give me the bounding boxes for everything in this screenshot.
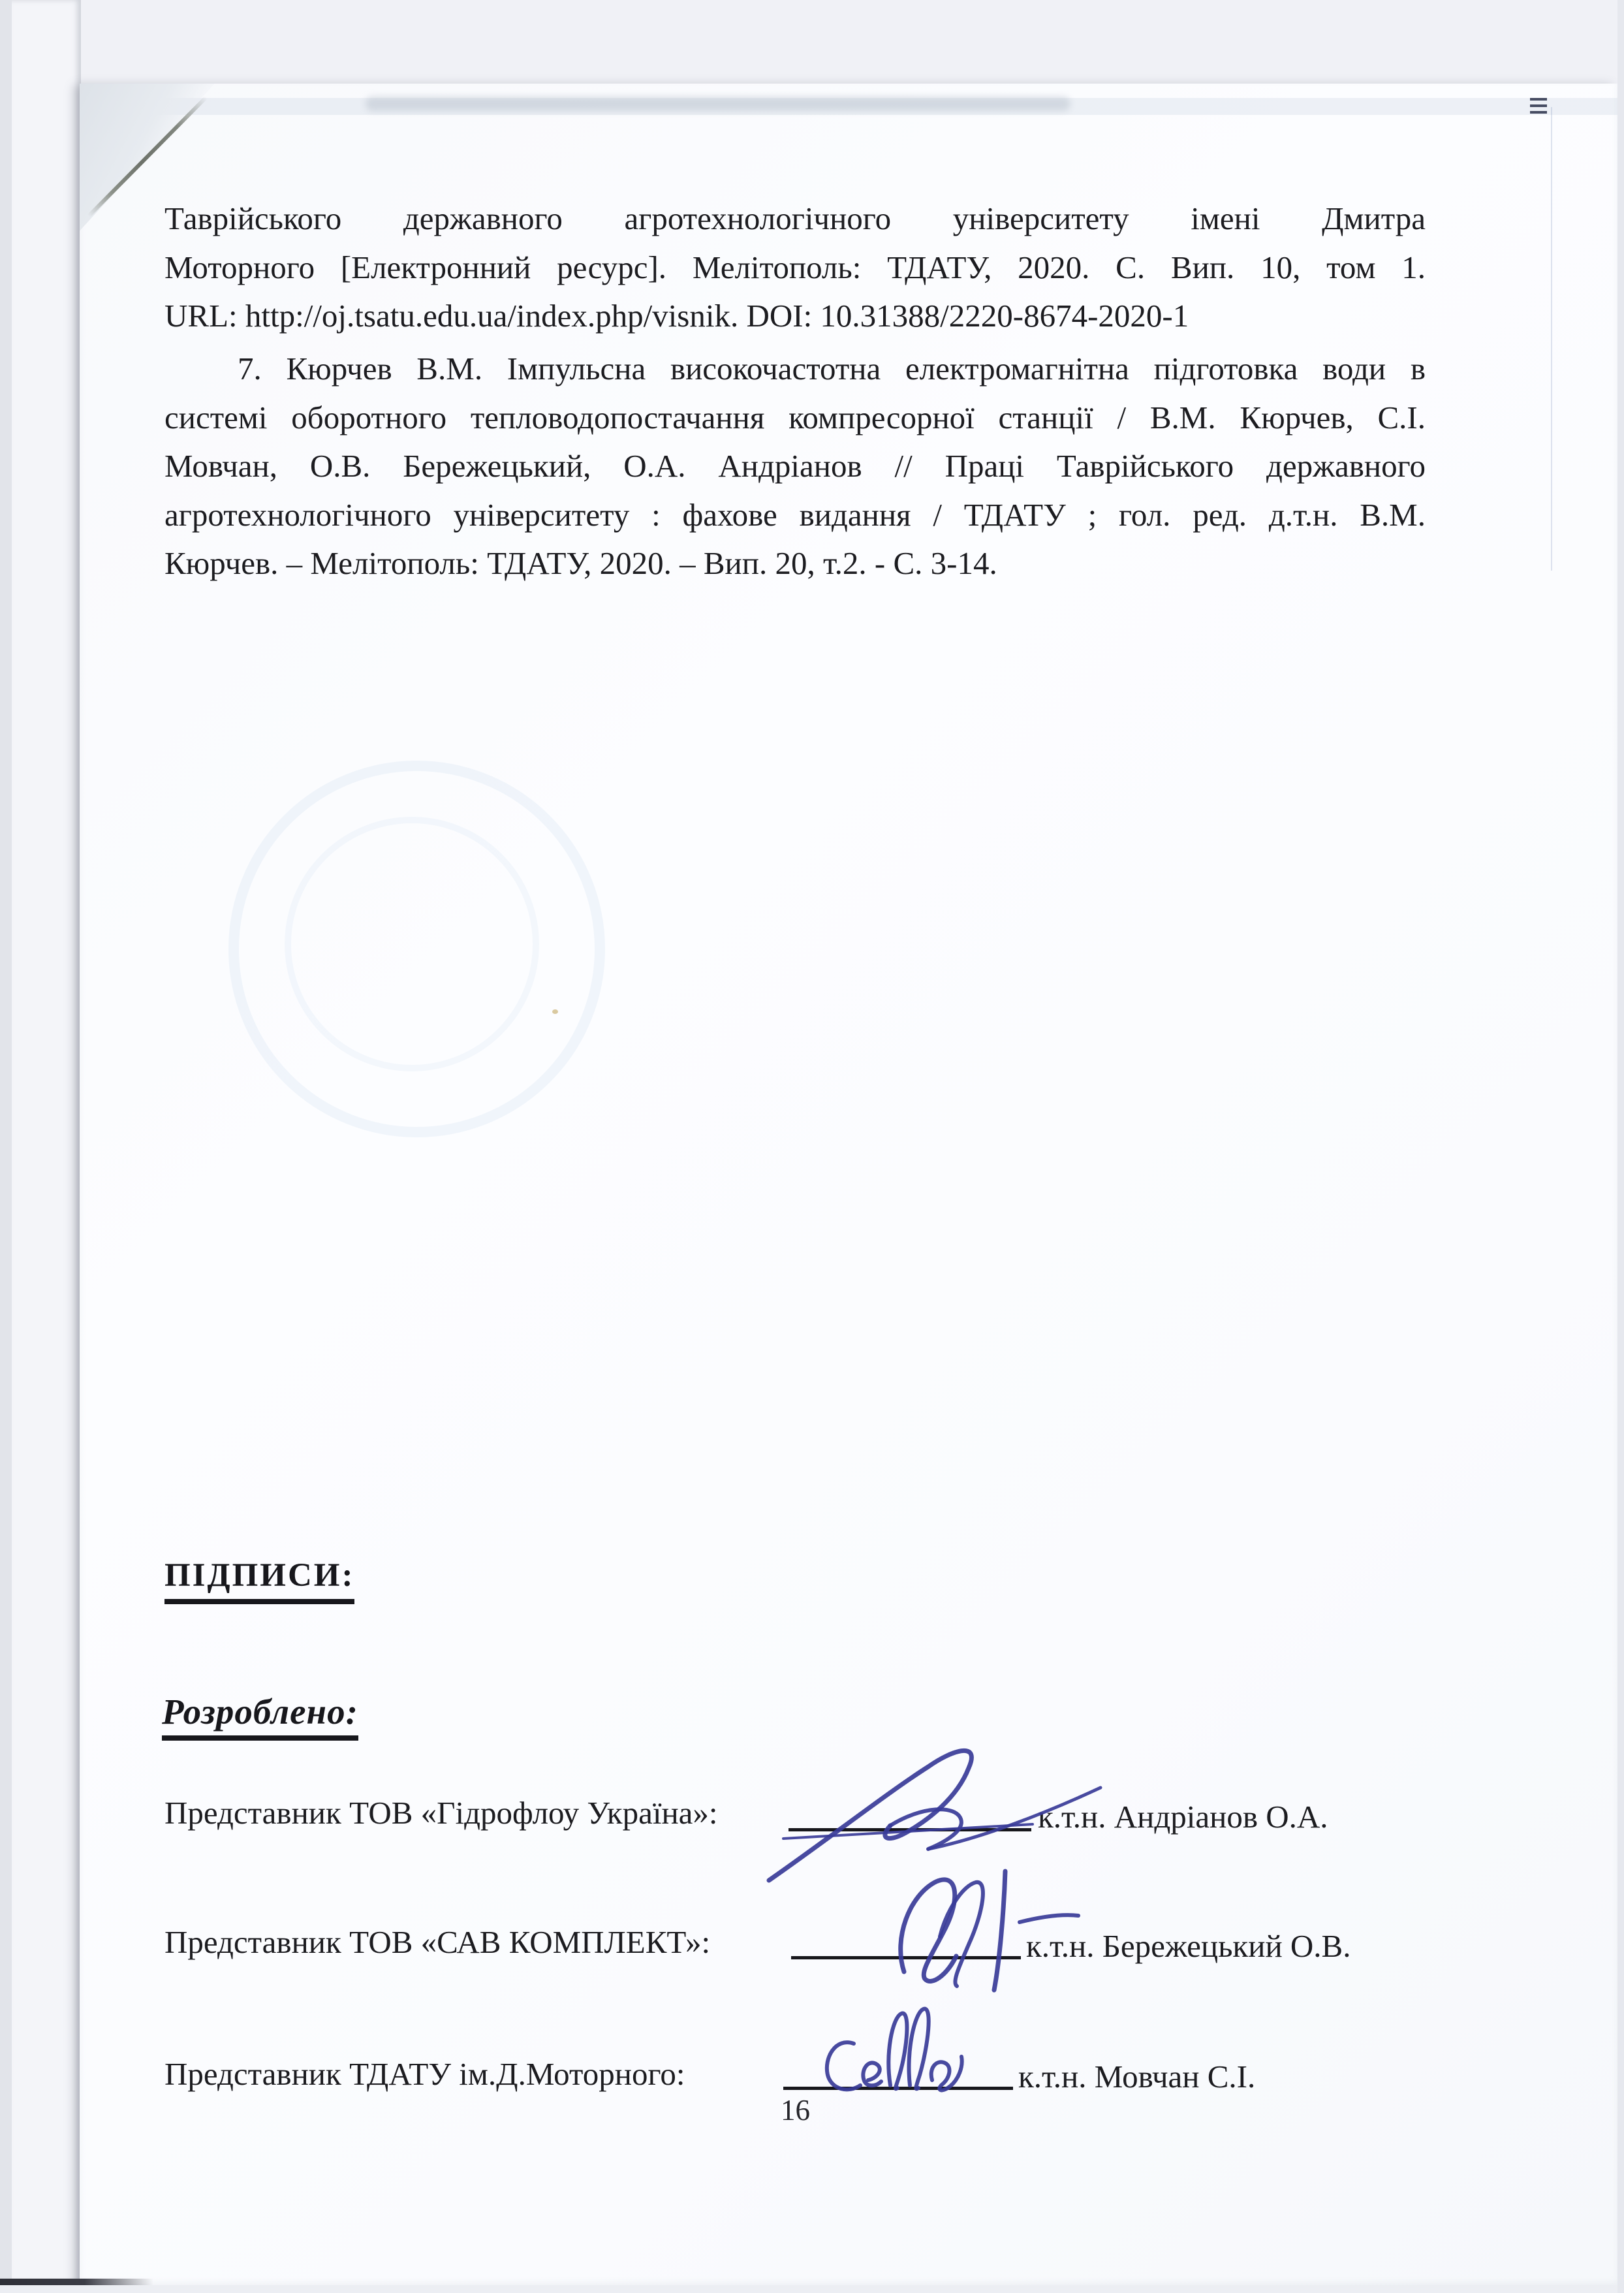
paragraph-line: агротехнологічного університету : фахове… (164, 491, 1426, 540)
scan-artifact-mark (1530, 98, 1547, 114)
signature-ink-berezhetskyi (849, 1859, 1084, 1993)
signature-ink-movchan (802, 1984, 1010, 2101)
page-number: 16 (781, 2093, 810, 2127)
stamp-bleedthrough (228, 761, 605, 1137)
signature-label-tsatu: Представник ТДАТУ ім.Д.Моторного: (164, 2055, 685, 2093)
scanned-page: Таврійського державного агротехнологічно… (0, 0, 1624, 2293)
paper-speck (552, 1009, 558, 1014)
paragraph-line: системі оборотного тепловодопостачання к… (164, 394, 1426, 443)
page-edge-faint-line (1551, 107, 1552, 571)
paragraph-line: Моторного [Електронний ресурс]. Мелітопо… (164, 244, 1426, 293)
paragraph-line: URL: http://oj.tsatu.edu.ua/index.php/vi… (164, 292, 1426, 341)
scanner-edge-right (1617, 0, 1624, 2293)
signature-label-hydroflow: Представник ТОВ «Гідрофлоу Україна»: (164, 1794, 718, 1831)
scan-smudge-artifact (366, 97, 1070, 111)
signature-label-savkomplekt: Представник ТОВ «САВ КОМПЛЕКТ»: (164, 1923, 710, 1961)
reference-paragraph-2: 7. Кюрчев В.М. Імпульсна високочастотна … (164, 345, 1426, 588)
signatures-heading: ПІДПИСИ: (164, 1557, 354, 1604)
scanner-edge-bottom (0, 2285, 1624, 2293)
paragraph-line: 7. Кюрчев В.М. Імпульсна високочастотна … (164, 345, 1426, 394)
paragraph-line: Кюрчев. – Мелітополь: ТДАТУ, 2020. – Вип… (164, 539, 1426, 588)
scanner-edge-left (0, 0, 12, 2293)
paragraph-line: Мовчан, О.В. Бережецький, О.А. Андріанов… (164, 442, 1426, 491)
signatory-name-movchan: к.т.н. Мовчан С.І. (1018, 2058, 1255, 2095)
under-sheet-edge (12, 0, 81, 2286)
paragraph-line: Таврійського державного агротехнологічно… (164, 195, 1426, 244)
developed-heading: Розроблено: (162, 1691, 358, 1741)
reference-paragraph-1: Таврійського державного агротехнологічно… (164, 195, 1426, 341)
